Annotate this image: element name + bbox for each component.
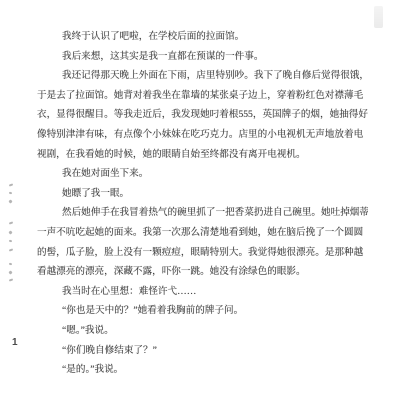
- margin-mark: [9, 192, 12, 194]
- text-line: “你也是天中的？”她看着我胸前的牌子问。: [37, 301, 368, 321]
- text-line: 然后她伸手在我冒着热气的碗里抓了一把香菜扔进自己碗里。她吐掉烟蒂: [37, 203, 368, 223]
- margin-mark: [9, 248, 13, 251]
- text-line: 我在她对面坐下来。: [37, 164, 368, 184]
- text-line: 我还记得那天晚上外面在下雨，店里特别吵。我下了晚自修后觉得很饿，: [37, 66, 368, 86]
- text-line: 她瞟了我一眼。: [37, 184, 368, 204]
- margin-mark: [9, 278, 13, 281]
- text-line: 看越漂亮的漂亮，深藏不露，吓你一跳。她没有涂绿色的眼影。: [37, 262, 368, 282]
- text-line: 我后来想，这其实是我一直都在预谋的一件事。: [37, 47, 368, 67]
- margin-mark: [9, 221, 13, 224]
- text-line: 我当时在心里想：难怪许弋……: [37, 282, 368, 302]
- margin-mark: [8, 199, 12, 203]
- body-text: 我终于认识了吧啦，在学校后面的拉面馆。我后来想，这其实是我一直都在预谋的一件事。…: [37, 27, 368, 380]
- text-line: 衣，显得很醒目。等我走近后，我发现她叼着根555，英国牌子的烟，她抽得好: [37, 105, 368, 125]
- text-line: “是的。”我说。: [37, 360, 368, 380]
- text-line: 一声不吭吃起她的面来。我第一次那么清楚地看到她，她在脑后挽了一个圆圆: [37, 223, 368, 243]
- margin-mark: [9, 263, 12, 265]
- scan-artifact-streak: [374, 6, 383, 28]
- text-line: “你们晚自修结束了？”: [37, 341, 368, 361]
- margin-mark: [8, 230, 12, 234]
- text-line: 我终于认识了吧啦，在学校后面的拉面馆。: [37, 27, 368, 47]
- margin-mark: [9, 183, 13, 186]
- book-page: 1 我终于认识了吧啦，在学校后面的拉面馆。我后来想，这其实是我一直都在预谋的一件…: [0, 0, 400, 400]
- text-line: 于是去了拉面馆。她背对着我坐在靠墙的某张桌子边上，穿着粉红色对襟薄毛: [37, 86, 368, 106]
- text-line: 视剧，在我看她的时候，她的眼睛自始至终都没有离开电视机。: [37, 145, 368, 165]
- text-line: 的髻，瓜子脸，脸上没有一颗痘痘，眼睛特别大。我觉得她很漂亮。是那种越: [37, 243, 368, 263]
- text-line: “嗯。”我说。: [37, 321, 368, 341]
- text-line: 像特别津津有味，有点像个小妹妹在吃巧克力。店里的小电视机无声地放着电: [37, 125, 368, 145]
- page-number: 1: [12, 337, 18, 348]
- margin-mark: [8, 270, 12, 274]
- margin-mark: [9, 240, 12, 242]
